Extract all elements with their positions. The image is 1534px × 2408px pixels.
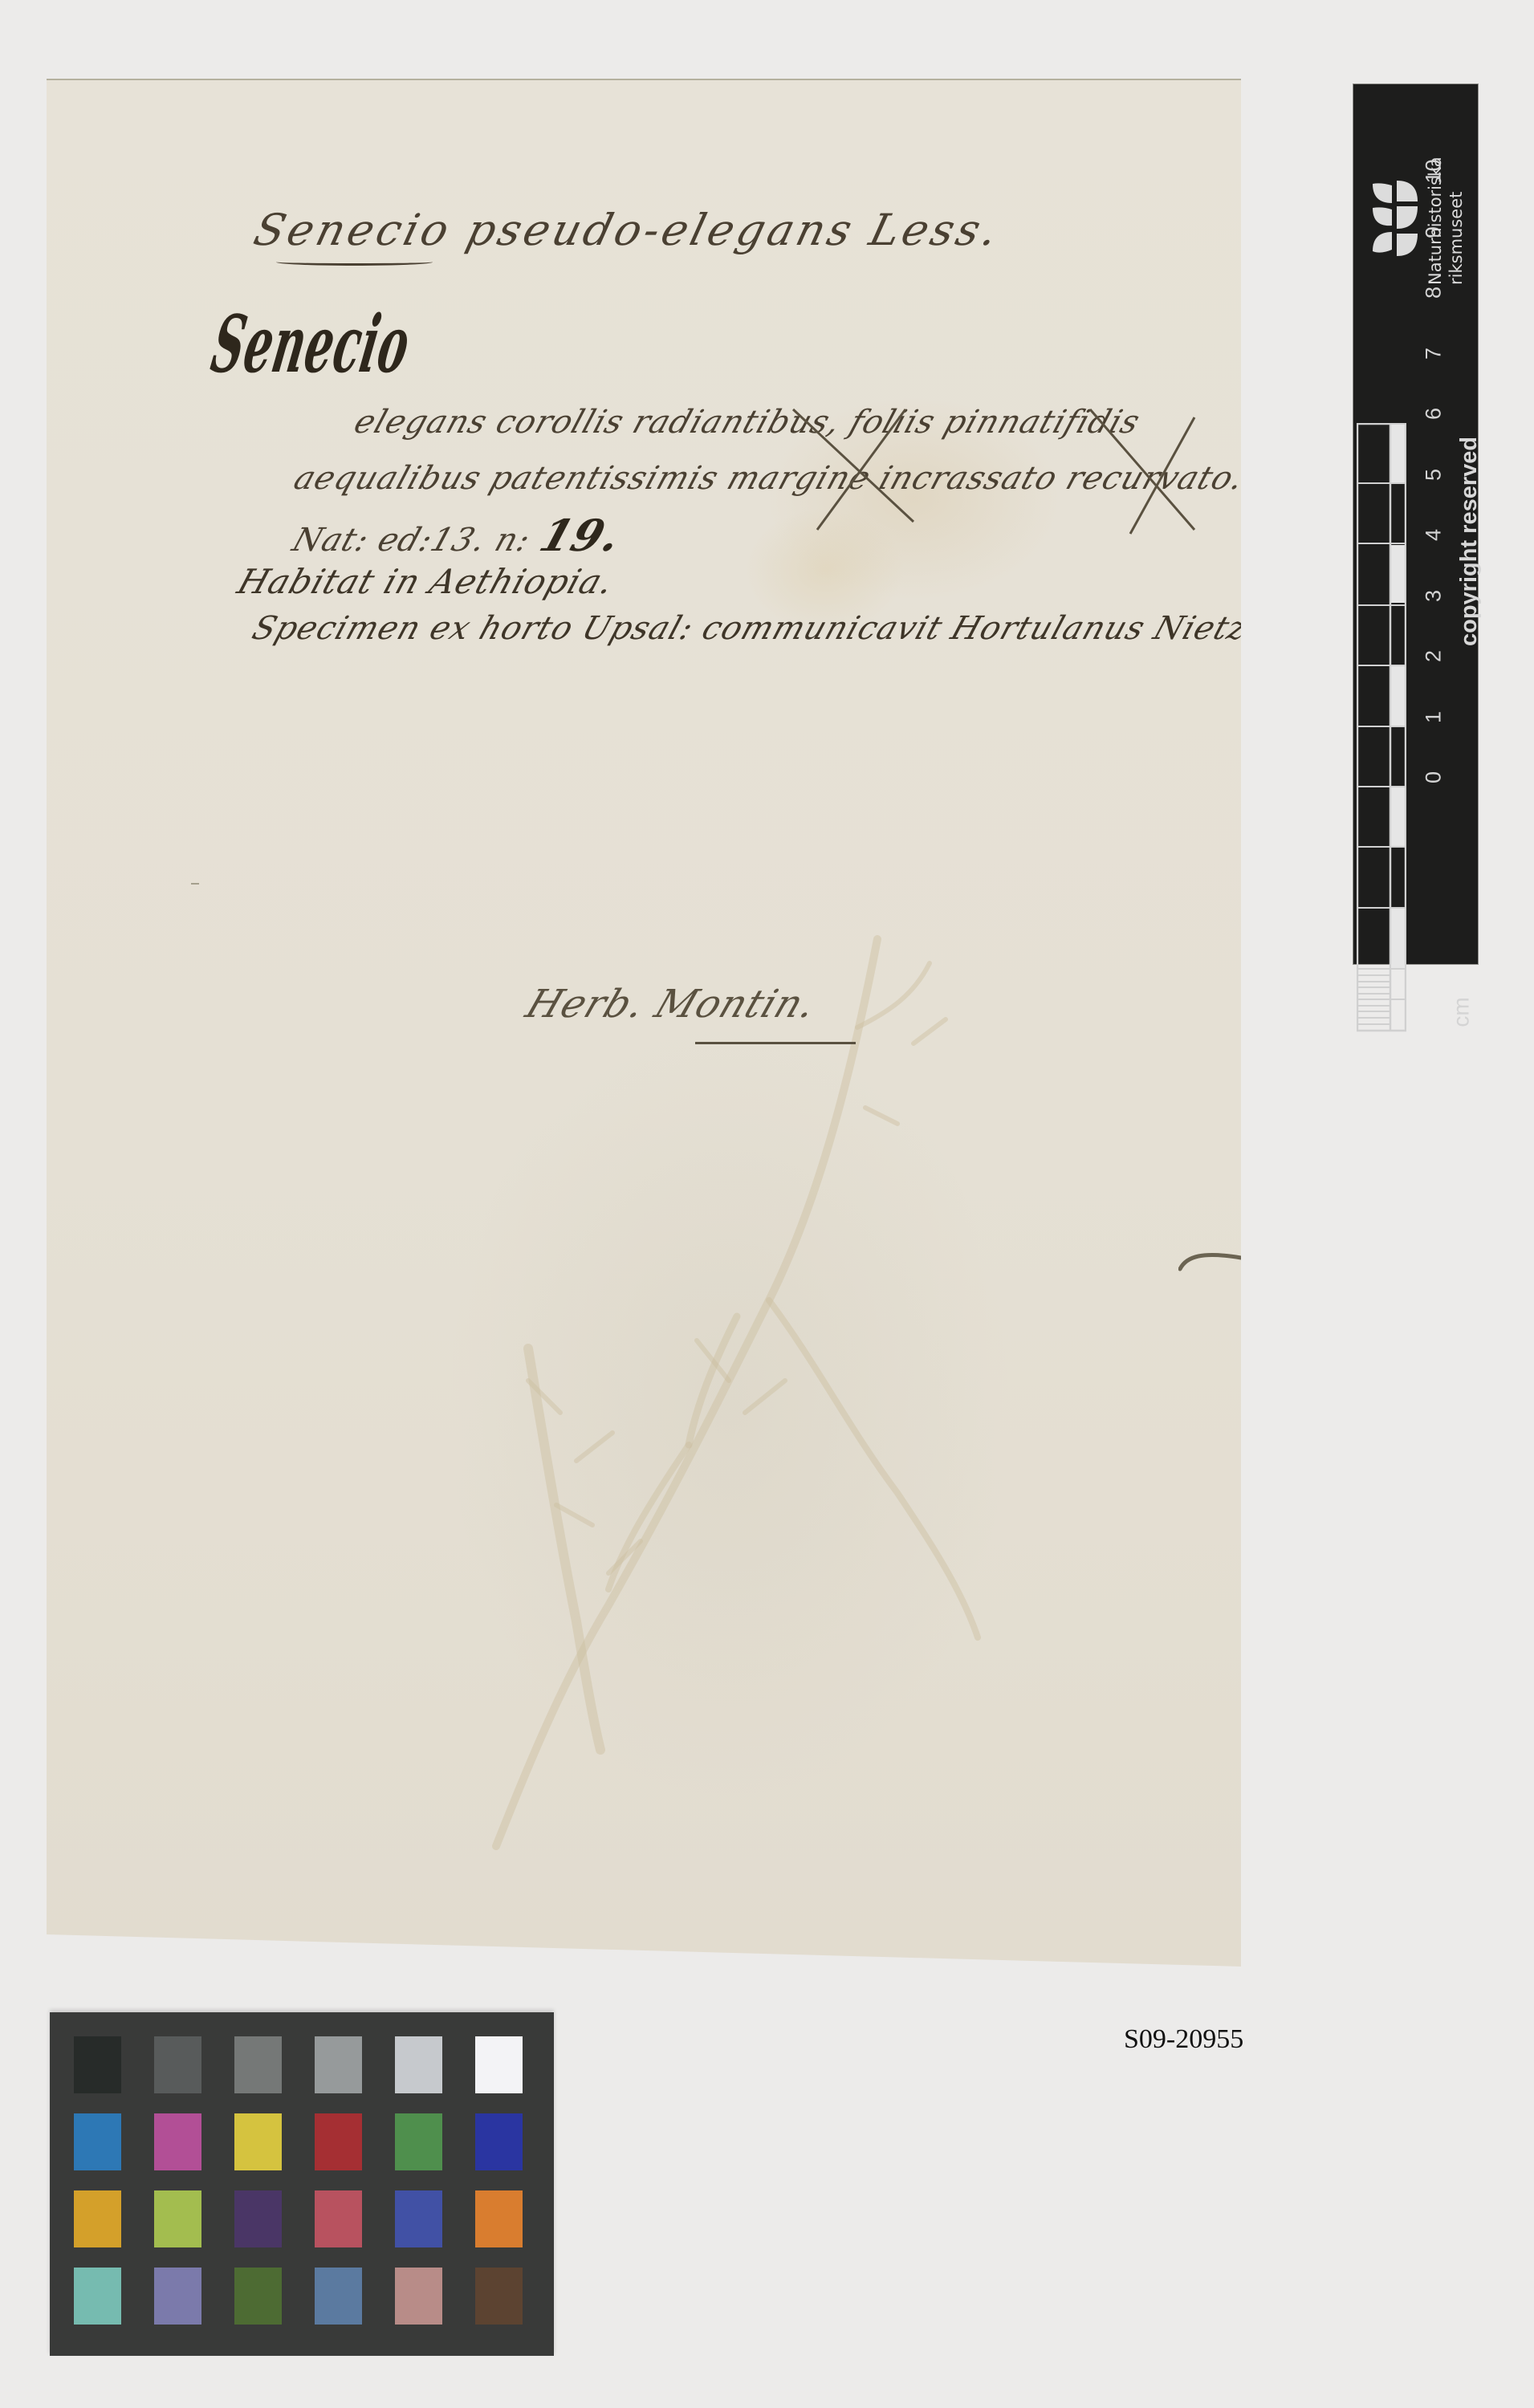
- color-patch: [315, 2268, 362, 2325]
- ruler-tick-5: 5: [1422, 462, 1447, 486]
- description-line-3: Nat: ed:13. n: 19.: [287, 510, 629, 561]
- color-patch: [475, 2113, 523, 2170]
- color-patch: [74, 2113, 121, 2170]
- paper-mark: [191, 883, 199, 885]
- color-patch: [154, 2190, 201, 2247]
- color-patch: [395, 2190, 442, 2247]
- nrm-leaf-logo-icon: [1371, 179, 1419, 258]
- color-patch: [154, 2036, 201, 2093]
- genus-name: Senecio: [205, 299, 417, 391]
- habitat-note: Habitat in Aethiopia.: [233, 562, 619, 601]
- color-patch: [395, 2268, 442, 2325]
- color-patch: [395, 2113, 442, 2170]
- copyright-text: copyright reserved: [1456, 437, 1483, 646]
- color-patch: [315, 2036, 362, 2093]
- color-patch: [475, 2036, 523, 2093]
- color-patch: [234, 2113, 282, 2170]
- ruler-tick-1: 1: [1422, 705, 1447, 729]
- specimen-note: Specimen ex horto Upsal: communicavit Ho…: [248, 610, 1295, 647]
- color-patch: [234, 2268, 282, 2325]
- ruler-tick-7: 7: [1422, 341, 1447, 365]
- color-patch: [74, 2190, 121, 2247]
- color-patch: [74, 2036, 121, 2093]
- color-patch: [234, 2036, 282, 2093]
- color-patch: [395, 2036, 442, 2093]
- title-annotation: Senecio pseudo-elegans Less.: [249, 205, 1006, 255]
- description-line-2: aequalibus patentissimis margine incrass…: [290, 460, 1344, 497]
- ruler-tick-8: 8: [1422, 281, 1447, 305]
- color-patch: [74, 2268, 121, 2325]
- herbarium-sheet: Senecio pseudo-elegans Less. Senecio ele…: [47, 79, 1241, 1967]
- ruler-tick-10: 10: [1422, 160, 1447, 184]
- ruler-tick-9: 9: [1422, 220, 1447, 244]
- ruler-scale-bars: [1357, 423, 1406, 1033]
- ruler-tick-0: 0: [1422, 766, 1447, 790]
- ruler-tick-6: 6: [1422, 402, 1447, 426]
- color-patch: [315, 2190, 362, 2247]
- herbarium-underline: [695, 1042, 856, 1044]
- ruler-tick-3: 3: [1422, 584, 1447, 608]
- reference-prefix: Nat: ed:13. n:: [288, 522, 535, 559]
- ruler-tick-4: 4: [1422, 523, 1447, 547]
- color-calibration-chart: [50, 2012, 554, 2356]
- scale-ruler: Naturhistoriska riksmuseet copyright res…: [1353, 83, 1479, 965]
- institution-line-2: riksmuseet: [1447, 192, 1467, 285]
- color-patch: [154, 2268, 201, 2325]
- specimen-id-label: S09-20955: [1124, 2024, 1243, 2055]
- color-patch: [234, 2190, 282, 2247]
- color-patch: [475, 2268, 523, 2325]
- color-patch: [154, 2113, 201, 2170]
- ruler-tick-2: 2: [1422, 645, 1447, 669]
- ink-stroke-mark: [1178, 1248, 1243, 1272]
- description-line-1: elegans corollis radiantibus, foliis pin…: [350, 404, 1145, 441]
- herbarium-label: Herb. Montin.: [520, 982, 824, 1027]
- ruler-unit-label: cm: [1449, 997, 1475, 1027]
- reference-number: 19.: [534, 510, 629, 561]
- title-underline: [276, 258, 433, 266]
- color-patch: [315, 2113, 362, 2170]
- color-patch: [475, 2190, 523, 2247]
